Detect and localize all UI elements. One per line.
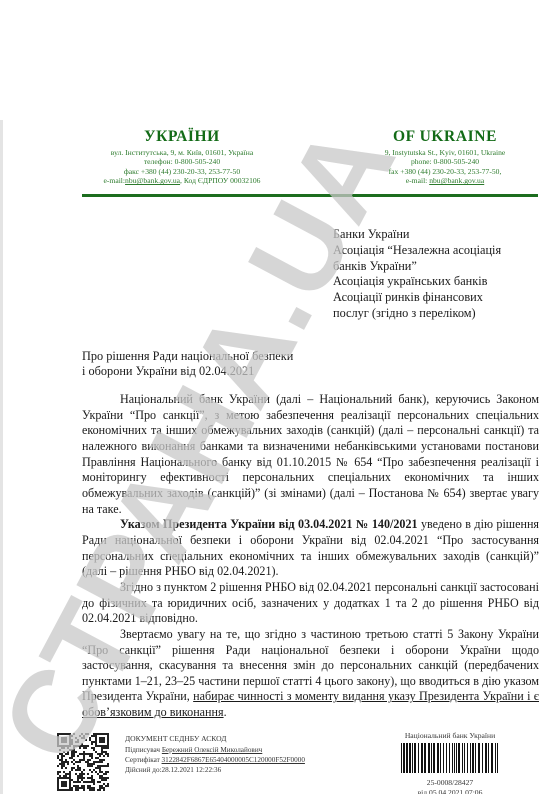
certificate-line: Сертифікат 3122842F6867E65404000005C1200… [125, 755, 305, 765]
letterhead-title-ua: УКРАЇНИ [82, 128, 282, 145]
letterhead-title-en: OF UKRAINE [360, 128, 530, 145]
registration-number: 25-0008/28427 [390, 778, 510, 788]
signature-block: ДОКУМЕНТ СЕДНБУ АСКОД Підписувач Бережни… [125, 734, 305, 775]
email-link-en[interactable]: nbu@bank.gov.ua [429, 176, 484, 185]
recipient-line: Асоціація “Незалежна асоціація [333, 243, 501, 259]
letterhead-divider [82, 194, 538, 197]
address-en: 9, Instytutska St., Kyiv, 01601, Ukraine [360, 148, 530, 157]
recipient-line: Банки України [333, 227, 501, 243]
qr-code-icon [57, 733, 109, 791]
recipients-block: Банки України Асоціація “Незалежна асоці… [333, 227, 501, 322]
paragraph-2: Указом Президента України від 03.04.2021… [82, 517, 539, 580]
fax-ua: факс +380 (44) 230-20-33, 253-77-50 [82, 167, 282, 176]
registration-stamp: Національний банк України 25-0008/28427 … [390, 731, 510, 794]
letter-body: Національний банк України (далі – Націон… [82, 392, 539, 721]
email-link-ua[interactable]: nbu@bank.gov.ua [125, 176, 180, 185]
recipient-line: Асоціації ринків фінансових [333, 290, 501, 306]
phone-ua: телефон: 0-800-505-240 [82, 157, 282, 166]
decree-reference: Указом Президента України від 03.04.2021… [120, 517, 418, 531]
signer-name: Бережний Олексій Миколайович [162, 746, 262, 754]
phone-en: phone: 0-800-505-240 [360, 157, 530, 166]
letterhead-left: УКРАЇНИ вул. Інститутська, 9, м. Київ, 0… [82, 128, 282, 186]
registration-org: Національний банк України [390, 731, 510, 741]
signer-line: Підписувач Бережний Олексій Миколайович [125, 745, 305, 755]
paragraph-1: Національний банк України (далі – Націон… [82, 392, 539, 517]
recipient-line: послуг (згідно з переліком) [333, 306, 501, 322]
validity-line: Дійсний до:28.12.2021 12:22:36 [125, 765, 305, 775]
fax-en: fax +380 (44) 230-20-33, 253-77-50, [360, 167, 530, 176]
edrpou-code: Код ЄДРПОУ 00032106 [184, 176, 261, 185]
letter-subject: Про рішення Ради національної безпеки і … [82, 349, 293, 379]
certificate-id: 3122842F6867E65404000005C120000F52F0000 [162, 756, 305, 764]
paragraph-3: Згідно з пунктом 2 рішення РНБО від 02.0… [82, 580, 539, 627]
barcode-icon [401, 743, 499, 773]
recipient-line: банків України” [333, 259, 501, 275]
letterhead-right: OF UKRAINE 9, Instytutska St., Kyiv, 016… [360, 128, 530, 186]
page-edge [0, 120, 3, 794]
signature-title: ДОКУМЕНТ СЕДНБУ АСКОД [125, 734, 305, 744]
email-line-ua: e-mail:nbu@bank.gov.ua, Код ЄДРПОУ 00032… [82, 176, 282, 185]
recipient-line: Асоціація українських банків [333, 274, 501, 290]
registration-date: від 05.04.2021 07:06 [390, 788, 510, 794]
paragraph-4: Звертаємо увагу на те, що згідно з части… [82, 627, 539, 721]
address-ua: вул. Інститутська, 9, м. Київ, 01601, Ук… [82, 148, 282, 157]
email-line-en: e-mail: nbu@bank.gov.ua [360, 176, 530, 185]
